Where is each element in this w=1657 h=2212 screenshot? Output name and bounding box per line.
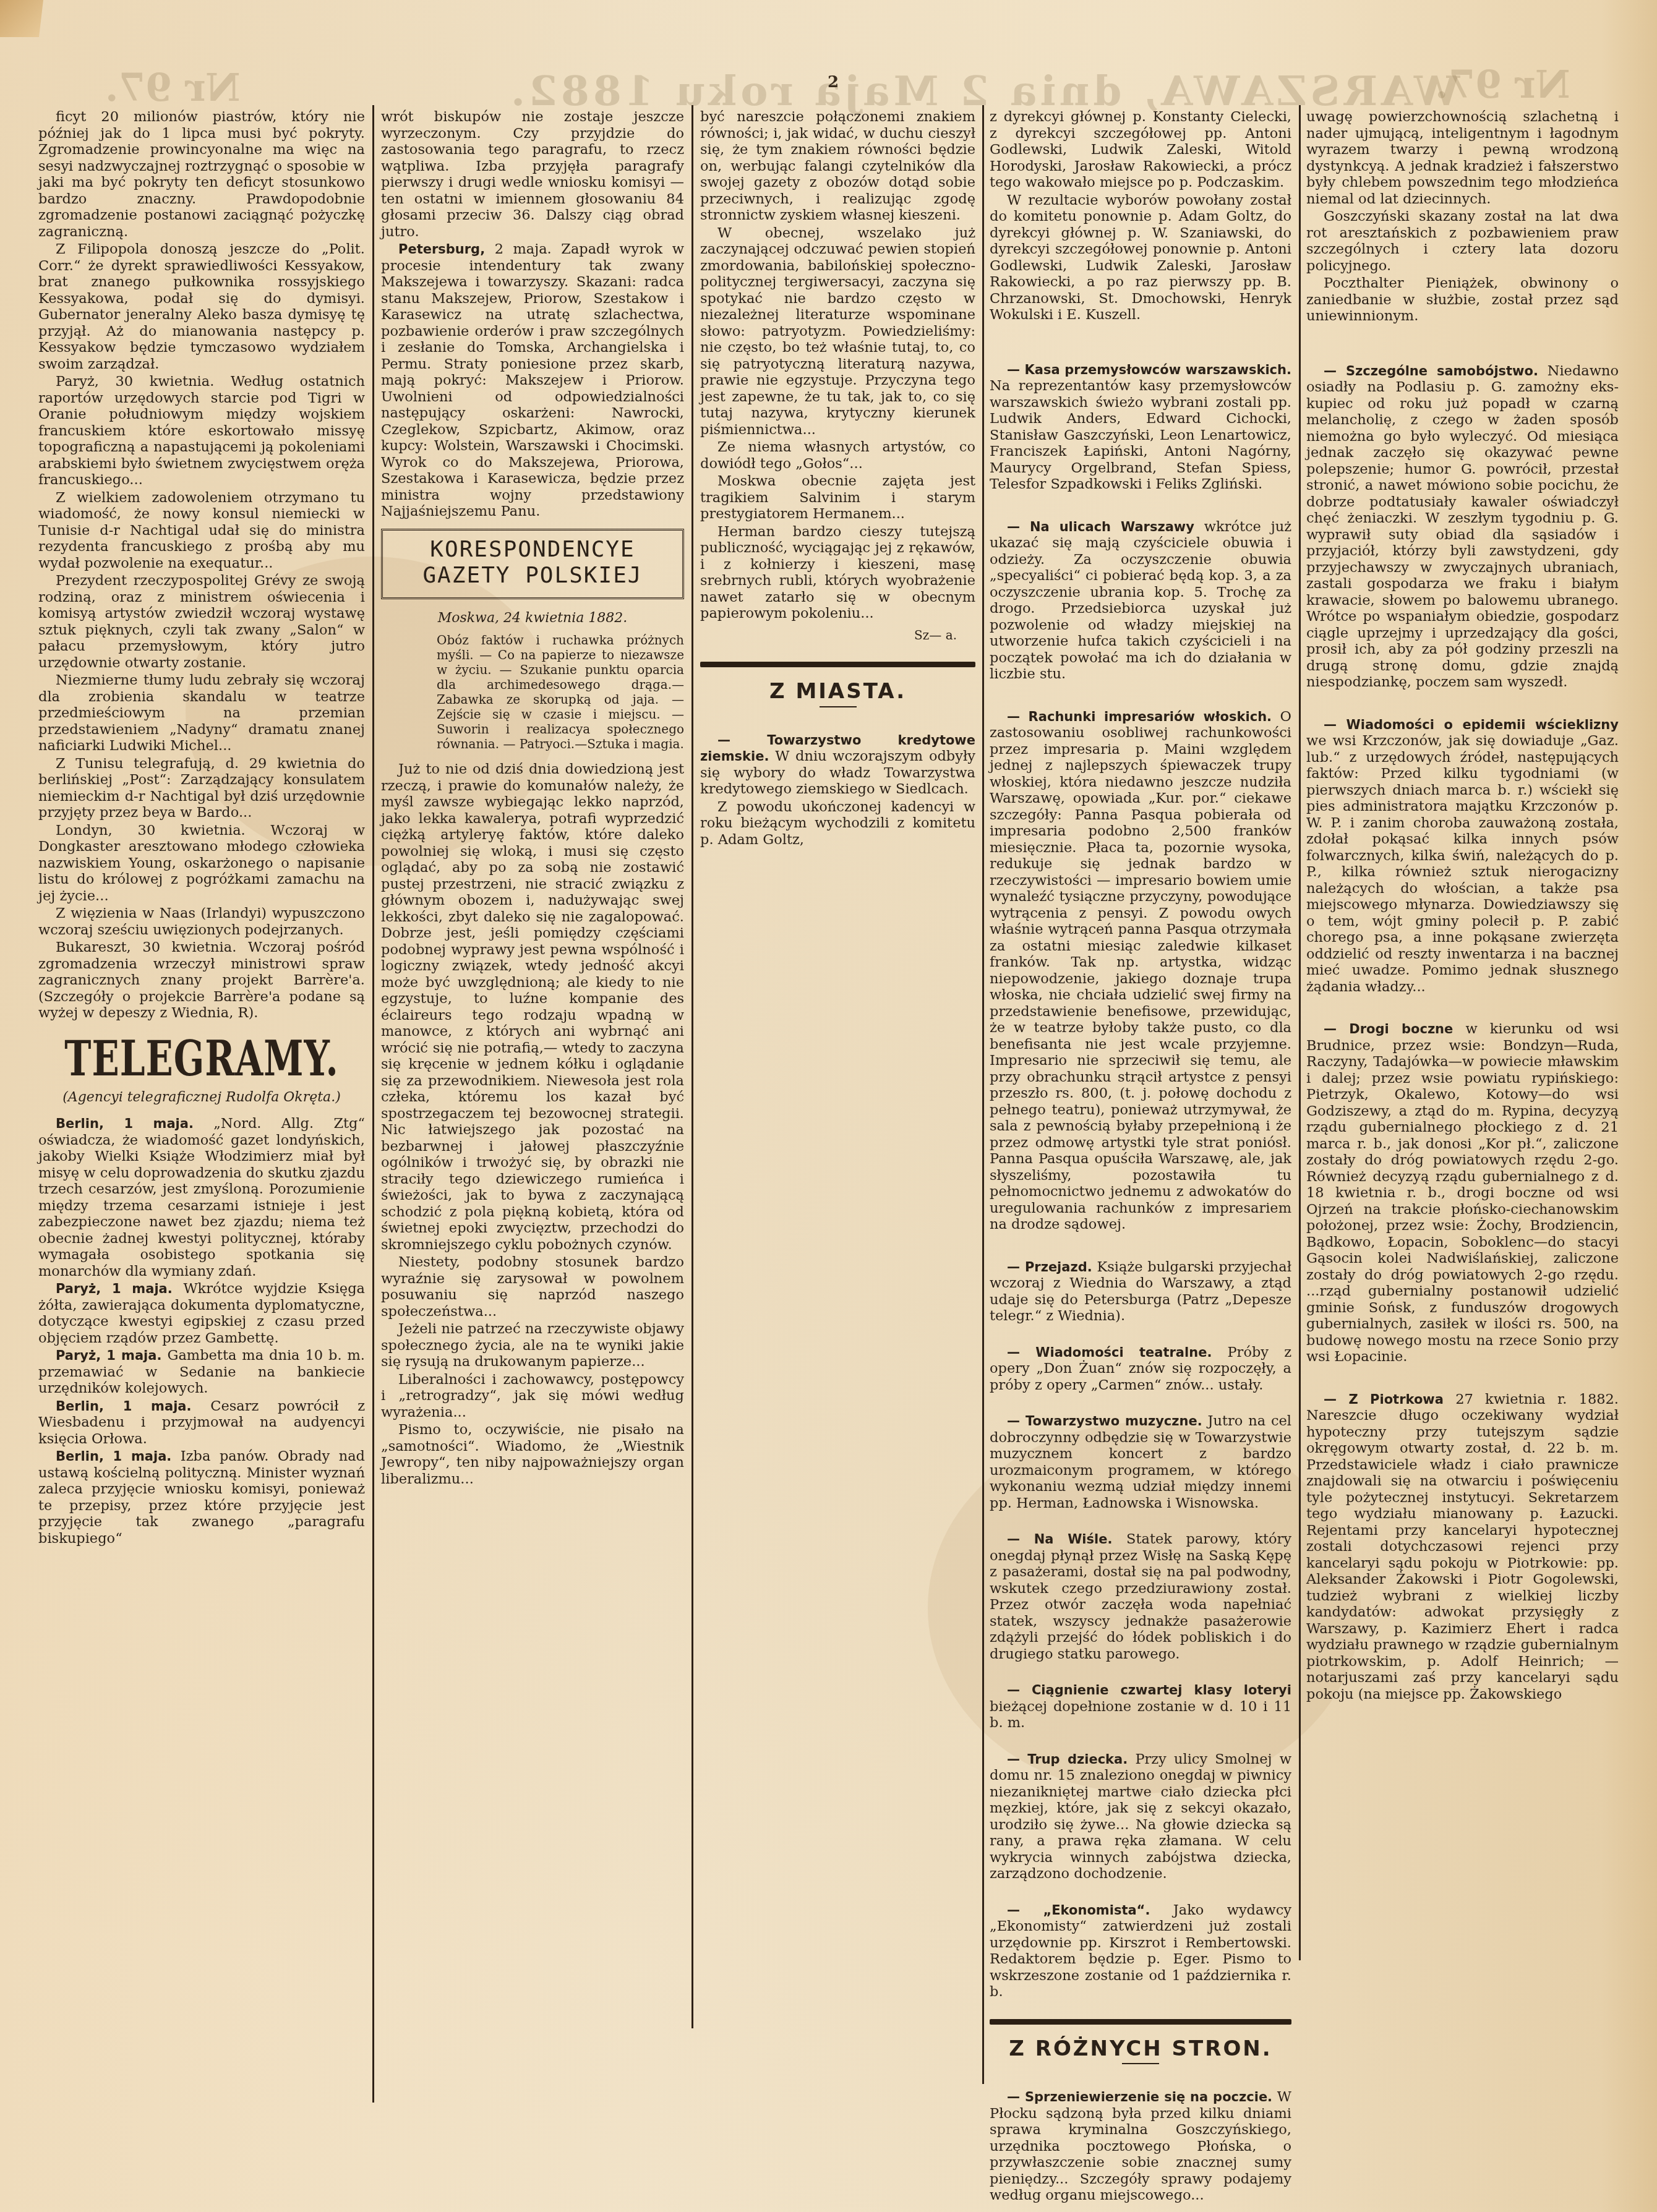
dateline: Petersburg, xyxy=(398,242,485,257)
paragraph: Goszczyński skazany został na lat dwa ro… xyxy=(1306,208,1619,274)
paragraph: Jeżeli nie patrzeć na rzeczywiste objawy… xyxy=(381,1321,684,1370)
news-item: — Szczególne samobójstwo. Niedawno osiad… xyxy=(1306,363,1619,691)
paragraph: W rezultacie wyborów powołany został do … xyxy=(990,192,1291,323)
column-4: z dyrekcyi głównej p. Konstanty Cielecki… xyxy=(990,109,1291,2205)
section-title-z-miasta: Z MIASTA. xyxy=(700,683,975,700)
telegram-item: Berlin, 1 maja. Izba panów. Obrady nad u… xyxy=(38,1448,365,1547)
correspondence-summary: Obóz faktów i ruchawka próżnych myśli. —… xyxy=(437,633,684,751)
news-text: wkrótce już ukazać się mają czyściciele … xyxy=(990,519,1291,683)
news-item-petersburg: Petersburg, 2 maja. Zapadł wyrok w proce… xyxy=(381,241,684,520)
news-text: Przy ulicy Smolnej w domu nr. 15 znalezi… xyxy=(990,1751,1291,1882)
telegram-item: Paryż, 1 maja. Gambetta ma dnia 10 b. m.… xyxy=(38,1347,365,1397)
news-lead: — Trup dziecka. xyxy=(1007,1752,1128,1767)
short-divider xyxy=(820,706,857,707)
news-item: — Na ulicach Warszawy wkrótce już ukazać… xyxy=(990,519,1291,683)
telegram-dateline: Paryż, 1 maja. xyxy=(56,1348,161,1363)
news-item: — „Ekonomista“. Jako wydawcy „Ekonomisty… xyxy=(990,1902,1291,2001)
agency-credit: (Agencyi telegraficznej Rudolfa Okręta.) xyxy=(38,1090,365,1106)
news-lead: — Na Wiśle. xyxy=(1007,1532,1112,1547)
news-item: — Trup dziecka. Przy ulicy Smolnej w dom… xyxy=(990,1751,1291,1882)
paragraph: Z Tunisu telegrafują, d. 29 kwietnia do … xyxy=(38,756,365,821)
news-lead: — „Ekonomista“. xyxy=(1007,1903,1150,1918)
news-text: 27 kwietnia r. 1882. Nareszcie długo ocz… xyxy=(1306,1391,1619,1702)
telegram-dateline: Paryż, 1 maja. xyxy=(56,1281,173,1296)
news-item: — Przejazd. Książe bulgarski przyjechał … xyxy=(990,1259,1291,1325)
korespondencye-header: KORESPONDENCYE GAZETY POLSKIEJ xyxy=(381,529,684,599)
telegram-item: Berlin, 1 maja. „Nord. Allg. Ztg“ oświad… xyxy=(38,1116,365,1279)
paragraph: Ze niema własnych artystów, co dowiódł t… xyxy=(700,439,975,472)
news-text: w kierunku od wsi Brudnice, przez wsie: … xyxy=(1306,1021,1619,1365)
news-item: — Z Piotrkowa 27 kwietnia r. 1882. Nares… xyxy=(1306,1391,1619,1703)
column-rule xyxy=(1299,105,1301,1960)
news-lead: — Drogi boczne xyxy=(1324,1022,1453,1036)
news-item: — Rachunki impresariów włoskich. O zasto… xyxy=(990,709,1291,1233)
paragraph: W obecnej, wszelako już zaczynającej odc… xyxy=(700,225,975,438)
telegram-dateline: Berlin, 1 maja. xyxy=(56,1399,192,1414)
column-5: uwagę powierzchownością szlachetną i nad… xyxy=(1306,109,1619,1704)
news-lead: — Wiadomości teatralne. xyxy=(1007,1345,1212,1360)
news-text: Na reprezentantów kasy przemysłowców war… xyxy=(990,378,1291,492)
news-text: Z powodu ukończonej kadencyi w roku bież… xyxy=(700,799,975,848)
news-item: — Kasa przemysłowców warszawskich. Na re… xyxy=(990,362,1291,493)
paragraph: wrót biskupów nie zostaje jeszcze wyrzec… xyxy=(381,109,684,240)
short-divider xyxy=(1122,2063,1159,2064)
page-header: Nr 97. WARSZAWA, dnia 2 Maja roku 1882. … xyxy=(0,0,1657,96)
news-lead: — Szczególne samobójstwo. xyxy=(1324,364,1538,378)
page-number: 2 xyxy=(828,73,839,92)
paragraph: Już to nie od dziś dnia dowiedzioną jest… xyxy=(381,761,684,1253)
news-lead: — Kasa przemysłowców warszawskich. xyxy=(1007,362,1291,377)
news-item: — Towarzystwo muzyczne. Jutro na cel dob… xyxy=(990,1413,1291,1511)
news-text: Niedawno osiadły na Podlasiu p. G. zamoż… xyxy=(1306,363,1619,691)
section-divider xyxy=(700,662,975,667)
telegram-text: „Nord. Allg. Ztg“ oświadcza, że wiadomoś… xyxy=(38,1116,365,1279)
paragraph: Liberalności i zachowawcy, postępowcy i … xyxy=(381,1372,684,1421)
paragraph: Z Filipopola donoszą jeszcze do „Polit. … xyxy=(38,241,365,372)
news-item: — Wiadomości o epidemii wścieklizny we w… xyxy=(1306,717,1619,996)
paragraph: Prezydent rzeczypospolitej Grévy ze swoj… xyxy=(38,573,365,671)
news-item: — Drogi boczne w kierunku od wsi Brudnic… xyxy=(1306,1021,1619,1365)
paragraph: z dyrekcyi głównej p. Konstanty Cielecki… xyxy=(990,109,1291,191)
news-text: 2 maja. Zapadł wyrok w procesie intenden… xyxy=(381,241,684,519)
column-1: ficyt 20 milionów piastrów, który nie pó… xyxy=(38,109,365,1548)
paragraph: Londyn, 30 kwietnia. Wczoraj w Dongkaste… xyxy=(38,822,365,905)
news-item: — Wiadomości teatralne. Próby z opery „D… xyxy=(990,1344,1291,1394)
paragraph: być nareszcie połączonemi znakiem równoś… xyxy=(700,109,975,224)
column-rule xyxy=(372,105,374,2103)
paragraph: Paryż, 30 kwietnia. Według ostatnich rap… xyxy=(38,374,365,489)
paragraph: Moskwa obecnie zajęta jest tragikiem Sal… xyxy=(700,473,975,523)
news-lead: — Z Piotrkowa xyxy=(1324,1392,1444,1407)
column-2: wrót biskupów nie zostaje jeszcze wyrzec… xyxy=(381,109,684,1488)
correspondence-dateline: Moskwa, 24 kwietnia 1882. xyxy=(381,610,684,627)
news-lead: — Przejazd. xyxy=(1007,1260,1092,1275)
section-divider xyxy=(990,2019,1291,2025)
column-rule xyxy=(982,105,984,2084)
news-text: bieżącej dopełnione zostanie w d. 10 i 1… xyxy=(990,1699,1291,1732)
telegram-item: Berlin, 1 maja. Cesarz powrócił z Wiesba… xyxy=(38,1398,365,1448)
news-text: Statek parowy, który onegdaj płynął prze… xyxy=(990,1531,1291,1662)
news-lead: — Na ulicach Warszawy xyxy=(1007,519,1194,534)
paragraph: ficyt 20 milionów piastrów, który nie pó… xyxy=(38,109,365,240)
news-lead: — Rachunki impresariów włoskich. xyxy=(1007,709,1272,724)
paragraph: Niezmierne tłumy ludu zebrały się wczora… xyxy=(38,672,365,754)
section-title-telegramy: TELEGRAMY. xyxy=(38,1031,365,1085)
paragraph: Poczthalter Pieniążek, obwinony o zanied… xyxy=(1306,275,1619,325)
news-lead: — Wiadomości o epidemii wścieklizny xyxy=(1324,717,1619,732)
news-text: O zastosowaniu osobliwej rachunkowości p… xyxy=(990,709,1291,1233)
telegram-dateline: Berlin, 1 maja. xyxy=(56,1449,171,1464)
news-text: W Płocku sądzoną była przed kilku dniami… xyxy=(990,2089,1291,2203)
column-rule xyxy=(691,105,693,2028)
news-item: — Sprzeniewierzenie się na poczcie. W Pł… xyxy=(990,2089,1291,2204)
news-text: we wsi Krzczonów, jak się dowiaduje „Gaz… xyxy=(1306,733,1619,995)
news-item: — Towarzystwo kredytowe ziemskie. W dniu… xyxy=(700,732,975,798)
korespondencye-title-line2: GAZETY POLSKIEJ xyxy=(383,563,682,589)
news-lead: — Sprzeniewierzenie się na poczcie. xyxy=(1007,2090,1272,2104)
news-lead: — Towarzystwo muzyczne. xyxy=(1007,1414,1202,1428)
paragraph: Niestety, podobny stosunek bardzo wyraźn… xyxy=(381,1254,684,1320)
paragraph: Z wielkiem zadowoleniem otrzymano tu wia… xyxy=(38,490,365,572)
column-3: być nareszcie połączonemi znakiem równoś… xyxy=(700,109,975,849)
paragraph: Bukareszt, 30 kwietnia. Wczoraj pośród z… xyxy=(38,939,365,1022)
paragraph: uwagę powierzchownością szlachetną i nad… xyxy=(1306,109,1619,207)
bleed-issue-left: Nr 97. xyxy=(105,65,241,110)
telegram-dateline: Berlin, 1 maja. xyxy=(56,1116,194,1131)
news-item: — Na Wiśle. Statek parowy, który onegdaj… xyxy=(990,1531,1291,1662)
paragraph: Pismo to, oczywiście, nie pisało na „sam… xyxy=(381,1422,684,1487)
bleed-issue-right: Nr 97. xyxy=(1435,62,1570,107)
telegram-item: Paryż, 1 maja. Wkrótce wyjdzie Księga żó… xyxy=(38,1281,365,1346)
paragraph: Z więzienia w Naas (Irlandyi) wypuszczon… xyxy=(38,905,365,938)
section-title-z-roznych-stron: Z RÓŻNYCH STRON. xyxy=(990,2041,1291,2057)
news-item: — Ciągnienie czwartej klasy loteryi bież… xyxy=(990,1682,1291,1732)
korespondencye-title-line1: KORESPONDENCYE xyxy=(383,537,682,563)
author-signature: Sz— a. xyxy=(700,627,957,644)
news-item: Z powodu ukończonej kadencyi w roku bież… xyxy=(700,799,975,848)
news-lead: — Ciągnienie czwartej klasy loteryi xyxy=(1007,1683,1291,1697)
paragraph: Herman bardzo cieszy tutejszą publicznoś… xyxy=(700,524,975,622)
